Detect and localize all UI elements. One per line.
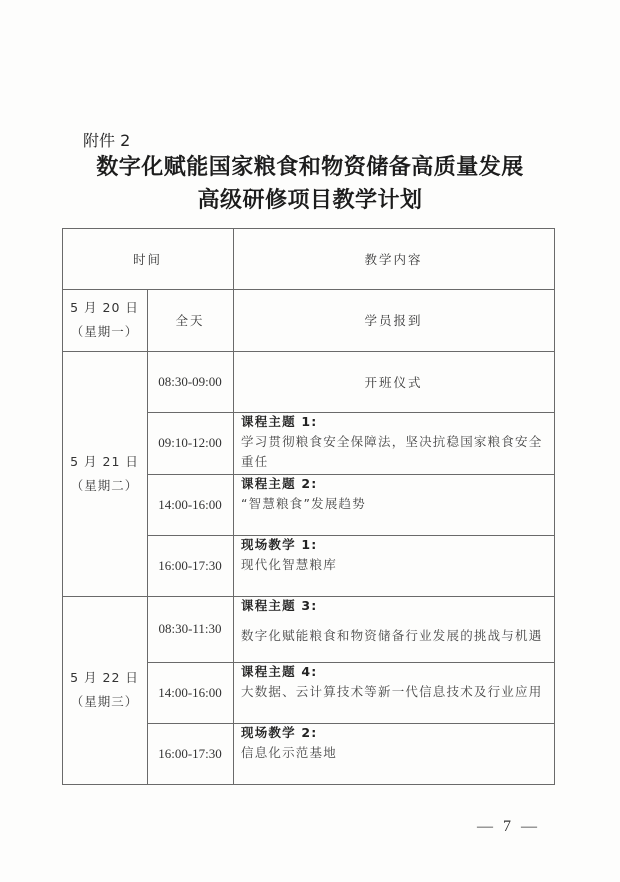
date: 5 月 20 日 — [70, 296, 139, 320]
date-cell-day1: 5 月 20 日 （星期一） — [62, 289, 147, 351]
time-cell: 09:10-12:00 — [147, 412, 233, 474]
content-cell: 学员报到 — [233, 289, 554, 351]
header-content: 教学内容 — [233, 228, 554, 289]
content-cell: 课程主题 4: 大数据、云计算技术等新一代信息技术及行业应用 — [233, 662, 554, 723]
content-cell: 课程主题 2: “智慧粮食”发展趋势 — [233, 474, 554, 535]
session-heading: 课程主题 3: — [241, 596, 317, 616]
date-cell-day3: 5 月 22 日 （星期三） — [62, 596, 147, 784]
time-cell: 08:30-11:30 — [147, 596, 233, 662]
date-cell-day2: 5 月 21 日 （星期二） — [62, 351, 147, 596]
session-heading: 现场教学 1: — [241, 535, 317, 555]
session-heading: 课程主题 4: — [241, 662, 317, 682]
content-cell: 开班仪式 — [233, 351, 554, 412]
time-cell: 08:30-09:00 — [147, 351, 233, 412]
session-text: 现代化智慧粮库 — [241, 555, 337, 575]
schedule-table: 时间 教学内容 5 月 20 日 （星期一） 全天 学员报到 5 月 21 日 … — [62, 228, 555, 784]
session-text: 学习贯彻粮食安全保障法，坚决抗稳国家粮食安全重任 — [241, 432, 554, 472]
session-text: 信息化示范基地 — [241, 743, 337, 763]
weekday: （星期一） — [71, 320, 139, 344]
time-cell: 16:00-17:30 — [147, 535, 233, 596]
page-number: — 7 — — [477, 818, 540, 836]
session-heading: 课程主题 2: — [241, 474, 317, 494]
weekday: （星期二） — [71, 474, 139, 498]
time-cell: 全天 — [147, 289, 233, 351]
session-text: 大数据、云计算技术等新一代信息技术及行业应用 — [241, 682, 542, 702]
date: 5 月 21 日 — [70, 450, 139, 474]
content-cell: 课程主题 1: 学习贯彻粮食安全保障法，坚决抗稳国家粮食安全重任 — [233, 412, 554, 474]
time-cell: 16:00-17:30 — [147, 723, 233, 784]
content-cell: 课程主题 3: 数字化赋能粮食和物资储备行业发展的挑战与机遇 — [233, 596, 554, 662]
time-cell: 14:00-16:00 — [147, 662, 233, 723]
session-text: “智慧粮食”发展趋势 — [241, 494, 366, 514]
session-heading: 课程主题 1: — [241, 412, 317, 432]
header-time: 时间 — [62, 228, 233, 289]
time-cell: 14:00-16:00 — [147, 474, 233, 535]
document-title-line2: 高级研修项目教学计划 — [0, 183, 620, 214]
weekday: （星期三） — [71, 690, 139, 714]
content-cell: 现场教学 2: 信息化示范基地 — [233, 723, 554, 784]
session-heading: 现场教学 2: — [241, 723, 317, 743]
date: 5 月 22 日 — [70, 666, 139, 690]
session-text: 数字化赋能粮食和物资储备行业发展的挑战与机遇 — [241, 626, 542, 646]
document-title-line1: 数字化赋能国家粮食和物资储备高质量发展 — [0, 150, 620, 181]
content-cell: 现场教学 1: 现代化智慧粮库 — [233, 535, 554, 596]
attachment-label: 附件 2 — [83, 128, 130, 151]
